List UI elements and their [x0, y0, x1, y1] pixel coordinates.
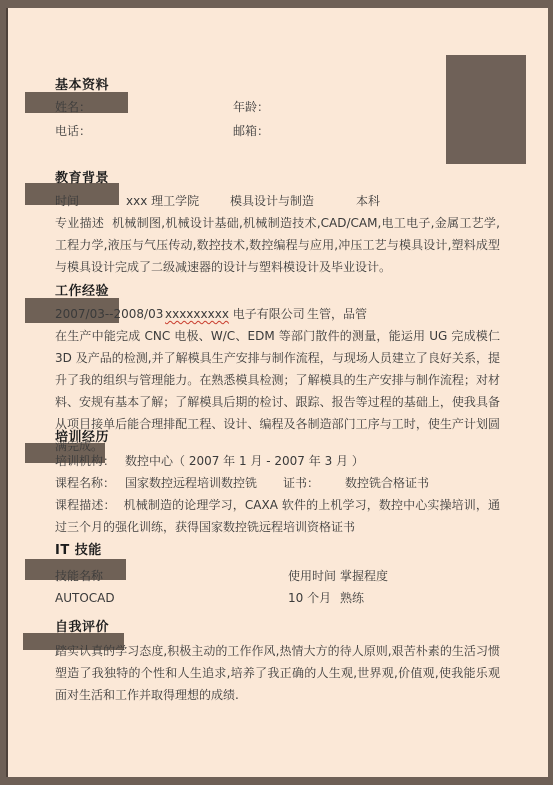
- phone-label: 电话：: [55, 120, 91, 142]
- work-row: 2007/03--2008/03 xxxxxxxxx 电子有限公司 生管，品管: [55, 303, 500, 325]
- education-school: xxx 理工学院: [126, 190, 199, 212]
- name-label: 姓名：: [55, 96, 91, 118]
- skill-level: 熟练: [340, 587, 364, 609]
- it-skills-header-row: 技能名称 使用时间 掌握程度: [55, 565, 500, 587]
- training-description: 课程描述：机械制造的论理学习，CAXA 软件的上机学习，数控中心实操培训，通过三…: [55, 494, 500, 538]
- education-degree: 本科: [356, 190, 380, 212]
- training-title: 培训经历: [55, 430, 500, 445]
- training-org-row: 培训机构：数控中心（ 2007 年 1 月 - 2007 年 3 月 ）: [55, 450, 500, 472]
- basic-row-1: 姓名： 年龄：: [55, 96, 500, 120]
- section-basic-info: 基本资料 姓名： 年龄： 电话： 邮箱：: [55, 78, 500, 144]
- age-label: 年龄：: [233, 96, 269, 118]
- training-desc-label: 课程描述：: [55, 498, 116, 512]
- section-it-skills: IT 技能 技能名称 使用时间 掌握程度 AUTOCAD 10 个月 熟练: [55, 543, 500, 609]
- spellcheck-underline-company: xxxxxxxxx: [165, 307, 229, 321]
- education-title: 教育背景: [55, 171, 500, 186]
- training-desc-text: 机械制造的论理学习，CAXA 软件的上机学习，数控中心实操培训，通过三个月的强化…: [55, 498, 500, 534]
- work-period: 2007/03--2008/03: [55, 303, 163, 325]
- education-description: 专业描述机械制图,机械设计基础,机械制造技术,CAD/CAM,电工电子,金属工艺…: [55, 212, 500, 278]
- section-self-evaluation: 自我评价 踏实认真的学习态度,积极主动的工作作风,热情大方的待人原则,艰苦朴素的…: [55, 620, 500, 706]
- email-label: 邮箱：: [233, 120, 269, 142]
- it-skill-row: AUTOCAD 10 个月 熟练: [55, 587, 500, 609]
- col-duration: 使用时间: [288, 565, 336, 587]
- basic-info-title: 基本资料: [55, 78, 500, 93]
- basic-row-2: 电话： 邮箱：: [55, 120, 500, 144]
- col-skill-name: 技能名称: [55, 565, 103, 587]
- training-cert-value: 数控铣合格证书: [345, 476, 429, 490]
- training-course-label: 课程名称：: [55, 476, 115, 490]
- education-desc-label: 专业描述: [55, 216, 104, 230]
- self-eval-title: 自我评价: [55, 620, 500, 635]
- training-course-row: 课程名称：国家数控远程培训数控铣证书：数控铣合格证书: [55, 472, 500, 494]
- training-cert-label: 证书：: [283, 476, 319, 490]
- training-org-label: 培训机构：: [55, 454, 115, 468]
- training-course-value: 国家数控远程培训数控铣: [125, 476, 257, 490]
- education-time-label: 时间: [55, 190, 79, 212]
- work-title: 工作经验: [55, 284, 500, 299]
- self-eval-text: 踏实认真的学习态度,积极主动的工作作风,热情大方的待人原则,艰苦朴素的生活习惯塑…: [55, 640, 500, 706]
- resume-screenshot: { "colors": { "frame": "#6e6056", "page_…: [0, 0, 553, 785]
- work-company: xxxxxxxxx 电子有限公司: [165, 303, 305, 325]
- education-desc-text: 机械制图,机械设计基础,机械制造技术,CAD/CAM,电工电子,金属工艺学,工程…: [55, 216, 500, 274]
- col-level: 掌握程度: [340, 565, 388, 587]
- skill-duration: 10 个月: [288, 587, 331, 609]
- section-training: 培训经历 培训机构：数控中心（ 2007 年 1 月 - 2007 年 3 月 …: [55, 430, 500, 538]
- education-major: 模具设计与制造: [230, 190, 314, 212]
- work-role: 生管，品管: [307, 303, 367, 325]
- training-org-value: 数控中心（ 2007 年 1 月 - 2007 年 3 月 ）: [125, 454, 364, 468]
- education-row: 时间 xxx 理工学院 模具设计与制造 本科: [55, 190, 500, 212]
- resume-page: 基本资料 姓名： 年龄： 电话： 邮箱： 教育背景 时间 xxx 理工学院 模具…: [8, 8, 548, 777]
- skill-name: AUTOCAD: [55, 587, 115, 609]
- it-skills-title: IT 技能: [55, 543, 500, 558]
- section-education: 教育背景 时间 xxx 理工学院 模具设计与制造 本科 专业描述机械制图,机械设…: [55, 171, 500, 278]
- work-company-suffix: 电子有限公司: [229, 307, 305, 321]
